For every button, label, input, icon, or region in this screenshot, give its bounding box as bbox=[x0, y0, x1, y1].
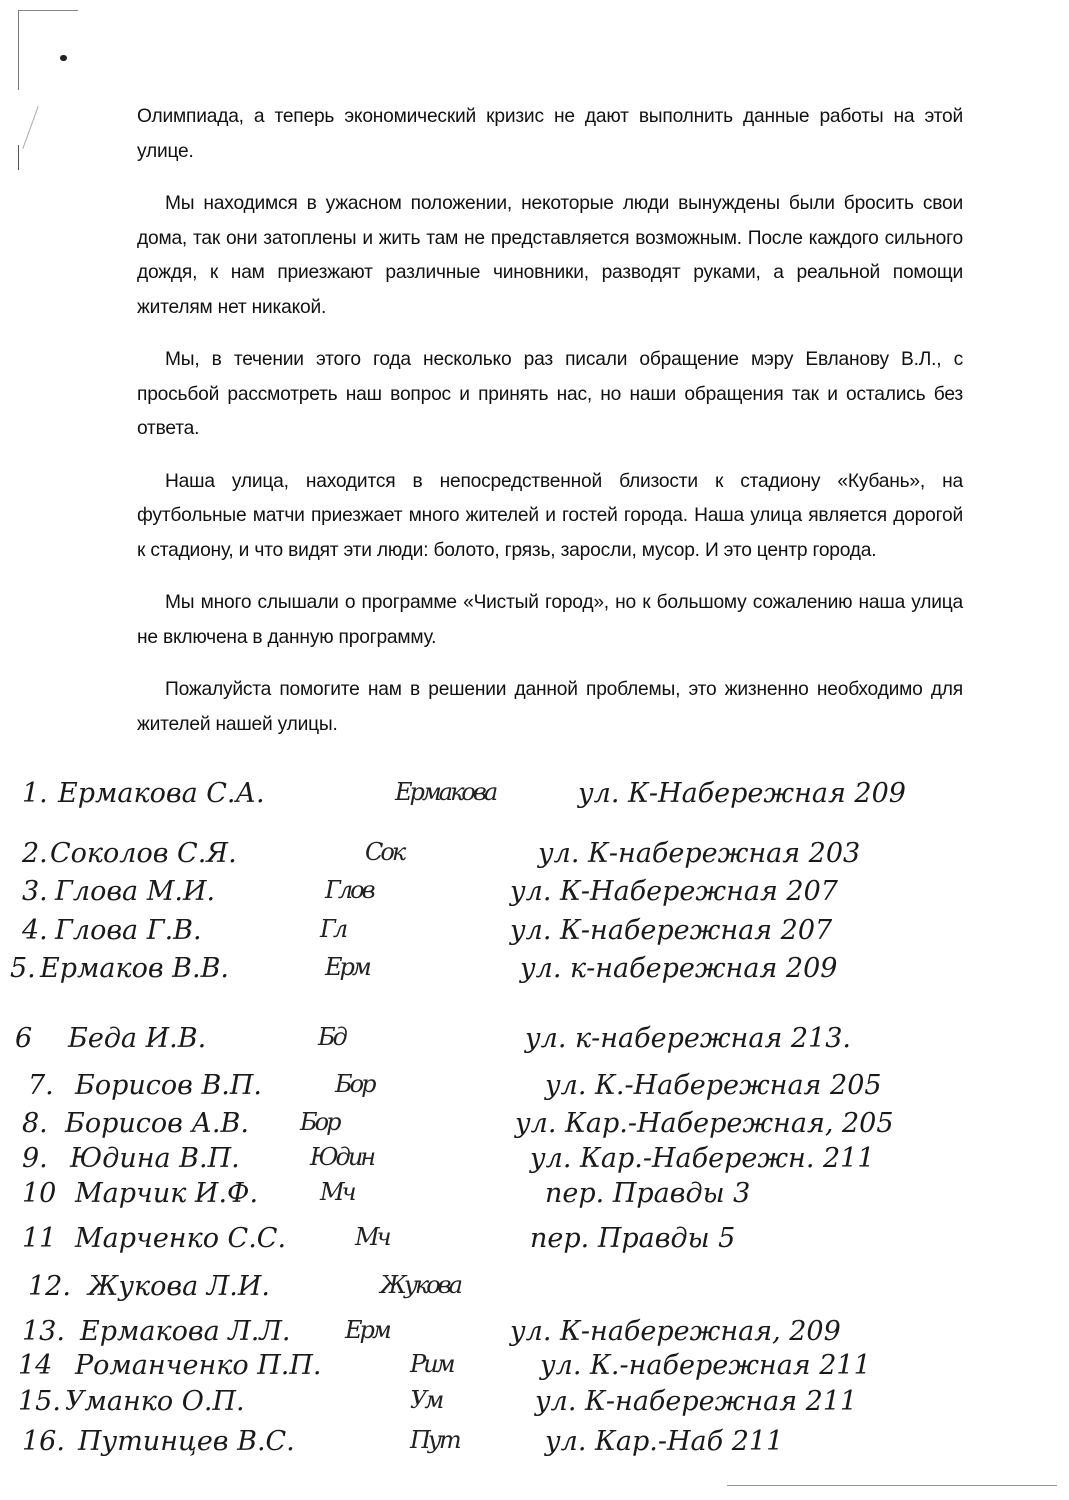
signer-number: 14 bbox=[18, 1350, 52, 1381]
signature-row: 6 Беда И.В. Бд ул. к-набережная 213. bbox=[0, 1023, 1069, 1063]
signer-number: 6 bbox=[15, 1023, 32, 1054]
signature-row: 14 Романченко П.П. Рим ул. К.-набережная… bbox=[0, 1350, 1069, 1390]
signature-row: 1. Ермакова С.А. Ермакова ул. К-Набережн… bbox=[0, 778, 1069, 818]
handwritten-signature: Гл bbox=[320, 915, 345, 943]
signer-name: Беда И.В. bbox=[68, 1023, 206, 1054]
signer-address: ул. К-набережная, 209 bbox=[510, 1316, 841, 1347]
handwritten-signature: Мч bbox=[320, 1178, 354, 1206]
signer-name: Ермакова Л.Л. bbox=[80, 1316, 290, 1347]
signature-row: 4. Глова Г.В. Гл ул. К-набережная 207 bbox=[0, 915, 1069, 955]
scan-speck bbox=[60, 55, 67, 61]
signer-address: ул. К-Набережная 209 bbox=[578, 778, 906, 809]
signer-name: Марчик И.Ф. bbox=[75, 1178, 258, 1209]
signature-row: 9. Юдина В.П. Юдин ул. Кар.-Набережн. 21… bbox=[0, 1143, 1069, 1183]
signer-address: ул. к-набережная 209 bbox=[520, 953, 837, 984]
signer-name: Уманко О.П. bbox=[65, 1386, 245, 1417]
signature-row: 7. Борисов В.П. Бор ул. К.-Набережная 20… bbox=[0, 1070, 1069, 1110]
signer-number: 15. bbox=[18, 1386, 61, 1417]
signer-address: ул. К-Набережная 207 bbox=[510, 876, 838, 907]
signature-row: 15. Уманко О.П. Ум ул. К-набережная 211 bbox=[0, 1386, 1069, 1426]
letter-body: Олимпиада, а теперь экономический кризис… bbox=[137, 100, 963, 760]
signer-name: Марченко С.С. bbox=[75, 1223, 286, 1254]
handwritten-signature: Юдин bbox=[310, 1143, 373, 1171]
signer-address: ул. к-набережная 213. bbox=[525, 1023, 851, 1054]
signer-name: Ермаков В.В. bbox=[40, 953, 229, 984]
signature-row: 16. Путинцев В.С. Пут ул. Кар.-Наб 211 bbox=[0, 1426, 1069, 1466]
handwritten-signature: Сок bbox=[365, 838, 403, 866]
signer-name: Борисов В.П. bbox=[75, 1070, 262, 1101]
signer-number: 5. bbox=[10, 953, 36, 984]
handwritten-signature: Бор bbox=[335, 1070, 373, 1098]
signer-address: ул. К.-набережная 211 bbox=[540, 1350, 871, 1381]
signer-name: Глова Г.В. bbox=[55, 915, 202, 946]
signer-address: ул. К-набережная 207 bbox=[510, 915, 832, 946]
paragraph: Мы много слышали о программе «Чистый гор… bbox=[137, 586, 963, 655]
signer-number: 8. bbox=[22, 1108, 48, 1139]
signature-row: 10 Марчик И.Ф. Мч пер. Правды 3 bbox=[0, 1178, 1069, 1218]
signer-name: Соколов С.Я. bbox=[50, 838, 237, 869]
handwritten-signature: Ерм bbox=[325, 953, 369, 981]
handwritten-signature: Ерм bbox=[345, 1316, 389, 1344]
signer-number: 3. bbox=[22, 876, 48, 907]
signer-address: ул. Кар.-Набережная, 205 bbox=[515, 1108, 894, 1139]
signer-number: 9. bbox=[22, 1143, 48, 1174]
signer-number: 1. bbox=[22, 778, 48, 809]
handwritten-signature: Мч bbox=[355, 1223, 389, 1251]
signer-number: 2. bbox=[22, 838, 48, 869]
handwritten-signature: Жукова bbox=[380, 1271, 460, 1299]
signature-row: 8. Борисов А.В. Бор ул. Кар.-Набережная,… bbox=[0, 1108, 1069, 1148]
signer-address: пер. Правды 5 bbox=[530, 1223, 735, 1254]
handwritten-signature: Ум bbox=[410, 1386, 441, 1414]
signer-name: Борисов А.В. bbox=[65, 1108, 249, 1139]
signer-name: Ермакова С.А. bbox=[58, 778, 265, 809]
signer-name: Жукова Л.И. bbox=[88, 1271, 270, 1302]
signer-name: Глова М.И. bbox=[55, 876, 215, 907]
paragraph: Наша улица, находится в непосредственной… bbox=[137, 465, 963, 569]
signer-number: 13. bbox=[22, 1316, 65, 1347]
paragraph: Пожалуйста помогите нам в решении данной… bbox=[137, 673, 963, 742]
signer-address: пер. Правды 3 bbox=[545, 1178, 750, 1209]
signature-row: 3. Глова М.И. Глов ул. К-Набережная 207 bbox=[0, 876, 1069, 916]
handwritten-signature: Бд bbox=[318, 1023, 345, 1051]
signature-row: 5. Ермаков В.В. Ерм ул. к-набережная 209 bbox=[0, 953, 1069, 993]
handwritten-signature: Пут bbox=[410, 1426, 459, 1454]
scan-corner-mark bbox=[18, 10, 78, 11]
signer-number: 10 bbox=[22, 1178, 56, 1209]
signature-row: 12. Жукова Л.И. Жукова bbox=[0, 1271, 1069, 1311]
signer-name: Путинцев В.С. bbox=[78, 1426, 295, 1457]
signer-number: 11 bbox=[22, 1223, 56, 1254]
signature-row: 2. Соколов С.Я. Сок ул. К-набережная 203 bbox=[0, 838, 1069, 878]
scan-artifact bbox=[22, 106, 38, 149]
signer-address: ул. Кар.-Наб 211 bbox=[545, 1426, 783, 1457]
scan-artifact bbox=[18, 145, 19, 170]
handwritten-signature: Ермакова bbox=[395, 778, 495, 806]
paragraph: Мы, в течении этого года несколько раз п… bbox=[137, 343, 963, 447]
handwritten-signature: Бор bbox=[300, 1108, 338, 1136]
handwritten-signature: Рим bbox=[410, 1350, 453, 1378]
signer-address: ул. К.-Набережная 205 bbox=[545, 1070, 882, 1101]
handwritten-signature: Глов bbox=[325, 876, 373, 904]
signer-name: Романченко П.П. bbox=[75, 1350, 321, 1381]
signer-address: ул. К-набережная 203 bbox=[538, 838, 860, 869]
scan-corner-mark bbox=[18, 10, 19, 90]
signer-name: Юдина В.П. bbox=[70, 1143, 240, 1174]
paragraph: Олимпиада, а теперь экономический кризис… bbox=[137, 100, 963, 169]
signature-row: 11 Марченко С.С. Мч пер. Правды 5 bbox=[0, 1223, 1069, 1263]
signer-number: 16. bbox=[22, 1426, 65, 1457]
signer-number: 12. bbox=[28, 1271, 71, 1302]
signer-address: ул. Кар.-Набережн. 211 bbox=[530, 1143, 875, 1174]
signer-number: 4. bbox=[22, 915, 48, 946]
signer-address: ул. К-набережная 211 bbox=[535, 1386, 857, 1417]
footer-rule bbox=[727, 1485, 1057, 1486]
signer-number: 7. bbox=[28, 1070, 54, 1101]
paragraph: Мы находимся в ужасном положении, некото… bbox=[137, 187, 963, 325]
